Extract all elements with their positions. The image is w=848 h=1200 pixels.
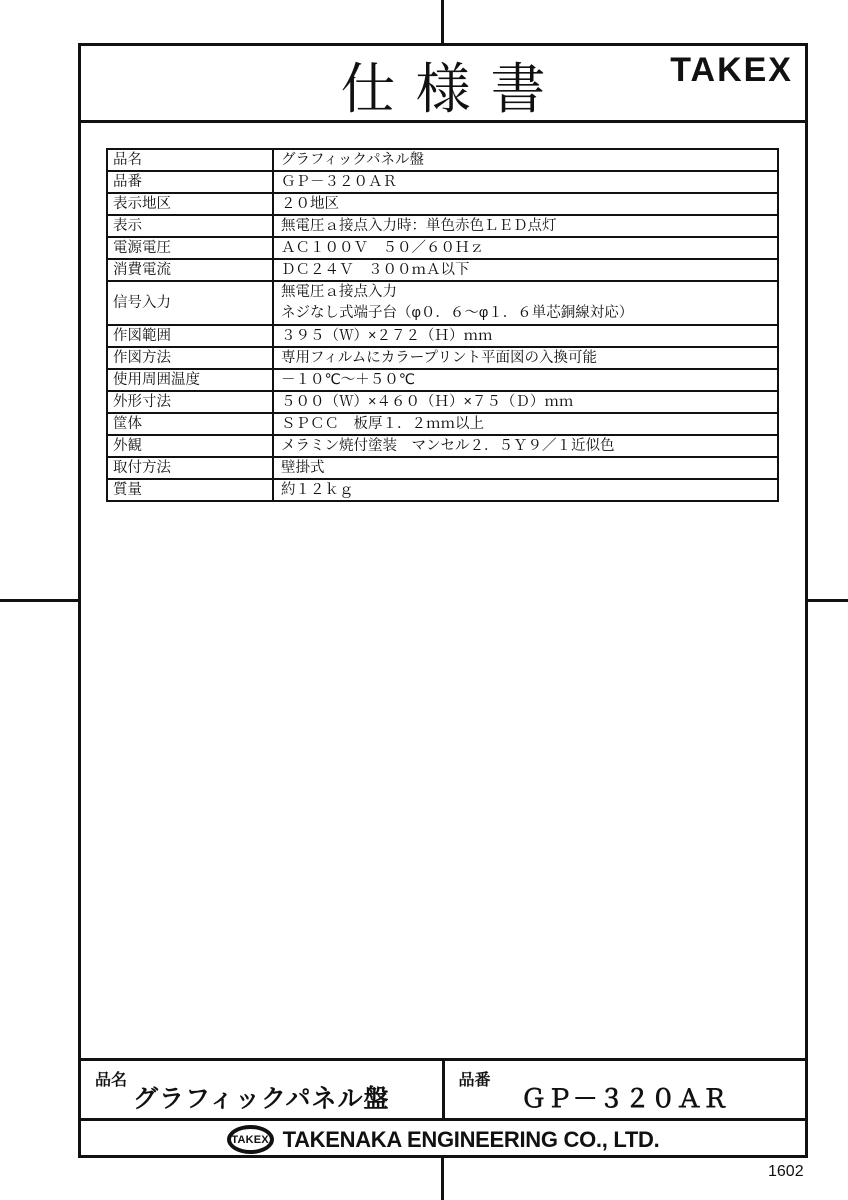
spec-table-row: 表示地区 ２０地区 [107,193,778,215]
spec-row-value: ＤＣ２４Ｖ ３００ｍＡ以下 [273,259,778,281]
spec-table-row: 外形寸法 ５００（Ｗ）×４６０（Ｈ）×７５（Ｄ）ｍｍ [107,391,778,413]
spec-row-label: 作図方法 [107,347,273,369]
spec-row-label: 信号入力 [107,281,273,325]
spec-row-value: ＧＰ－３２０ＡＲ [273,171,778,193]
spec-row-label: 電源電圧 [107,237,273,259]
spec-table-row: 取付方法 壁掛式 [107,457,778,479]
spec-row-label: 質量 [107,479,273,501]
crop-mark-right [808,599,848,602]
spec-row-value: 無電圧ａ接点入力ネジなし式端子台（φ０．６～φ１．６単芯銅線対応） [273,281,778,325]
spec-row-value: ＡＣ１００Ｖ ５０／６０Ｈｚ [273,237,778,259]
spec-table-row: 信号入力 無電圧ａ接点入力ネジなし式端子台（φ０．６～φ１．６単芯銅線対応） [107,281,778,325]
spec-row-value: ２０地区 [273,193,778,215]
document-frame: 仕様書 TAKEX 品名 グラフィックパネル盤 品番 ＧＰ－３２０ＡＲ 表示地区… [78,43,808,1158]
company-band: TAKEX TAKENAKA ENGINEERING CO., LTD. [81,1118,805,1158]
takex-oval-logo-icon: TAKEX [227,1125,274,1154]
takex-oval-logo-text: TAKEX [231,1134,268,1146]
spec-table-row: 電源電圧 ＡＣ１００Ｖ ５０／６０Ｈｚ [107,237,778,259]
crop-mark-left [0,599,78,602]
spec-row-value: グラフィックパネル盤 [273,149,778,171]
spec-table-row: 質量 約１２ｋｇ [107,479,778,501]
spec-row-label: 消費電流 [107,259,273,281]
spec-row-value: メラミン焼付塗装 マンセル２．５Ｙ９／１近似色 [273,435,778,457]
crop-mark-bottom [441,1158,444,1200]
spec-row-label: 使用周囲温度 [107,369,273,391]
spec-row-label: 外形寸法 [107,391,273,413]
spec-sheet-page: 仕様書 TAKEX 品名 グラフィックパネル盤 品番 ＧＰ－３２０ＡＲ 表示地区… [0,0,848,1200]
spec-table-row: 表示 無電圧ａ接点入力時：単色赤色ＬＥＤ点灯 [107,215,778,237]
spec-row-label: 品名 [107,149,273,171]
spec-row-label: 表示 [107,215,273,237]
spec-table-row: 品名 グラフィックパネル盤 [107,149,778,171]
footer-title-block: 品名 グラフィックパネル盤 品番 ＧＰ－３２０ＡＲ [81,1058,805,1121]
spec-table-row: 作図方法 専用フィルムにカラープリント平面図の入換可能 [107,347,778,369]
footer-name-value: グラフィックパネル盤 [81,1079,442,1115]
spec-table-row: 外観 メラミン焼付塗装 マンセル２．５Ｙ９／１近似色 [107,435,778,457]
document-header: 仕様書 TAKEX [81,46,805,123]
spec-row-value: 約１２ｋｇ [273,479,778,501]
spec-row-label: 外観 [107,435,273,457]
spec-table-row: 作図範囲 ３９５（Ｗ）×２７２（Ｈ）ｍｍ [107,325,778,347]
spec-row-label: 表示地区 [107,193,273,215]
company-name: TAKENAKA ENGINEERING CO., LTD. [283,1127,660,1153]
spec-table: 品名 グラフィックパネル盤 品番 ＧＰ－３２０ＡＲ 表示地区 ２０地区 表示 無… [106,148,779,502]
crop-mark-top [441,0,444,43]
doc-number: 1602 [768,1163,804,1181]
footer-number-value: ＧＰ－３２０ＡＲ [445,1079,806,1115]
spec-row-label: 作図範囲 [107,325,273,347]
spec-table-row: 消費電流 ＤＣ２４Ｖ ３００ｍＡ以下 [107,259,778,281]
spec-table-body: 品名 グラフィックパネル盤 品番 ＧＰ－３２０ＡＲ 表示地区 ２０地区 表示 無… [107,149,778,501]
spec-row-value: ＳＰＣＣ 板厚１．２ｍｍ以上 [273,413,778,435]
footer-name-cell: 品名 グラフィックパネル盤 [81,1061,442,1121]
spec-table-row: 筐体 ＳＰＣＣ 板厚１．２ｍｍ以上 [107,413,778,435]
spec-value-line: 無電圧ａ接点入力 [281,282,777,303]
spec-row-value: 専用フィルムにカラープリント平面図の入換可能 [273,347,778,369]
spec-row-value: 壁掛式 [273,457,778,479]
spec-row-value: ３９５（Ｗ）×２７２（Ｈ）ｍｍ [273,325,778,347]
spec-table-row: 使用周囲温度 －１０℃～＋５０℃ [107,369,778,391]
spec-table-row: 品番 ＧＰ－３２０ＡＲ [107,171,778,193]
spec-row-label: 品番 [107,171,273,193]
spec-row-label: 筐体 [107,413,273,435]
spec-value-line: ネジなし式端子台（φ０．６～φ１．６単芯銅線対応） [281,303,777,324]
spec-row-value: －１０℃～＋５０℃ [273,369,778,391]
spec-row-label: 取付方法 [107,457,273,479]
footer-number-cell: 品番 ＧＰ－３２０ＡＲ [442,1061,806,1121]
spec-row-value: ５００（Ｗ）×４６０（Ｈ）×７５（Ｄ）ｍｍ [273,391,778,413]
spec-row-value: 無電圧ａ接点入力時：単色赤色ＬＥＤ点灯 [273,215,778,237]
takex-logo: TAKEX [670,48,793,92]
